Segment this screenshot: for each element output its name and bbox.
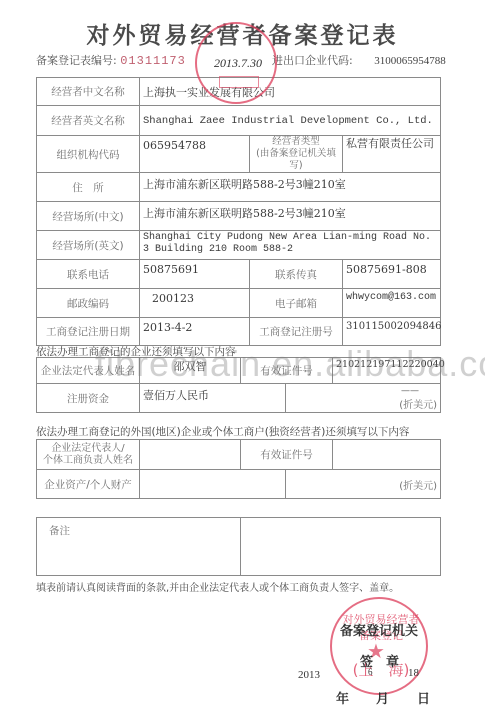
- authority-seal: 对外贸易经营者备案登记 ★ (上 海): [330, 597, 428, 695]
- seal-label: 签 章: [360, 651, 399, 670]
- capital-value: 壹佰万人民币: [140, 384, 286, 413]
- reg-date-label: 工商登记注册日期: [37, 318, 140, 346]
- ie-code-value: 3100065954788: [374, 55, 446, 67]
- phone-label: 联系电话: [37, 260, 140, 289]
- date-month: 6: [368, 667, 373, 677]
- month-label: 月: [376, 688, 389, 707]
- reg-no-label: 工商登记注册号: [250, 318, 343, 346]
- day-label: 日: [417, 688, 430, 707]
- id-label-3: 有效证件号: [241, 440, 333, 470]
- phone-value: 50875691: [140, 260, 250, 289]
- record-number-label: 备案登记表编号:: [36, 54, 117, 67]
- handwritten-date: 2013.7.30: [214, 56, 262, 71]
- biz-place-en-value: Shanghai City Pudong New Area Lian-ming …: [140, 231, 441, 260]
- assets-label: 企业资产/个人财产: [37, 470, 140, 499]
- cn-name-label: 经营者中文名称: [37, 78, 140, 106]
- remarks-value: [241, 518, 441, 576]
- reg-date-value: 2013-4-2: [140, 318, 250, 346]
- operator-type-label-line1: 经营者类型: [253, 136, 339, 148]
- capital-label: 注册资金: [37, 384, 140, 413]
- email-label: 电子邮箱: [250, 289, 343, 318]
- section2-table: 企业法定代表人姓名 邵双智 有效证件号 210212197112220040 注…: [36, 357, 441, 413]
- cn-name-value: 上海执一实业发展有限公司: [140, 78, 441, 106]
- rep-label-line1: 企业法定代表人/: [40, 443, 136, 455]
- org-code-value: 065954788: [140, 136, 250, 173]
- legal-rep-label: 企业法定代表人姓名: [37, 358, 140, 384]
- year-label: 年: [336, 688, 349, 707]
- operator-type-value: 私营有限责任公司: [343, 136, 441, 173]
- id-label: 有效证件号: [241, 358, 333, 384]
- org-code-label: 组织机构代码: [37, 136, 140, 173]
- email-value: whwycom@163.com: [343, 289, 441, 318]
- en-name-value: Shanghai Zaee Industrial Development Co.…: [140, 106, 441, 136]
- rep-value: [140, 440, 241, 470]
- authority-label: 备案登记机关: [340, 620, 418, 639]
- id-value: 210212197112220040: [333, 358, 441, 384]
- operator-type-label: 经营者类型 (由备案登记机关填写): [250, 136, 343, 173]
- ie-code-label: 进出口企业代码:: [272, 54, 353, 67]
- fax-label: 联系传真: [250, 260, 343, 289]
- assets-usd-label: (折美元): [286, 470, 441, 499]
- assets-value: [140, 470, 286, 499]
- id-value-3: [333, 440, 441, 470]
- reg-no-value: 310115002094846: [343, 318, 441, 346]
- ie-code: 进出口企业代码: 3100065954788: [272, 52, 446, 68]
- fax-value: 50875691-808: [343, 260, 441, 289]
- usd-value: ——: [289, 386, 419, 396]
- date-year: 2013: [298, 669, 320, 681]
- record-number: 备案登记表编号: 01311173: [36, 52, 186, 68]
- rep-label-line2: 个体工商负责人姓名: [40, 455, 136, 467]
- legal-rep-value: 邵双智: [140, 358, 241, 384]
- capital-usd-cell: —— (折美元): [286, 384, 441, 413]
- biz-place-cn-value: 上海市浦东新区联明路588-2号3幢210室: [140, 202, 441, 231]
- main-info-table: 经营者中文名称 上海执一实业发展有限公司 经营者英文名称 Shanghai Za…: [36, 77, 441, 346]
- record-number-value: 01311173: [120, 54, 186, 68]
- rep-label: 企业法定代表人/ 个体工商负责人姓名: [37, 440, 140, 470]
- address-value: 上海市浦东新区联明路588-2号3幢210室: [140, 173, 441, 202]
- usd-label: (折美元): [289, 396, 437, 411]
- biz-place-en-label: 经营场所(英文): [37, 231, 140, 260]
- section3-table: 企业法定代表人/ 个体工商负责人姓名 有效证件号 企业资产/个人财产 (折美元): [36, 439, 441, 499]
- address-label: 住 所: [37, 173, 140, 202]
- remarks-table: 备注: [36, 517, 441, 576]
- document-title: 对外贸易经营者备案登记表: [0, 17, 485, 50]
- section3-heading: 依法办理工商登记的外国(地区)企业或个体工商户(独资经营者)还须填写以下内容: [36, 424, 409, 439]
- en-name-label: 经营者英文名称: [37, 106, 140, 136]
- postcode-label: 邮政编码: [37, 289, 140, 318]
- biz-place-cn-label: 经营场所(中文): [37, 202, 140, 231]
- operator-type-label-line2: (由备案登记机关填写): [253, 148, 339, 172]
- footer-note: 填表前请认真阅读背面的条款,并由企业法定代表人或个体工商负责人签字、盖章。: [36, 579, 399, 594]
- postcode-value: 200123: [140, 289, 250, 318]
- remarks-label: 备注: [37, 518, 241, 576]
- date-day: 18: [408, 667, 419, 679]
